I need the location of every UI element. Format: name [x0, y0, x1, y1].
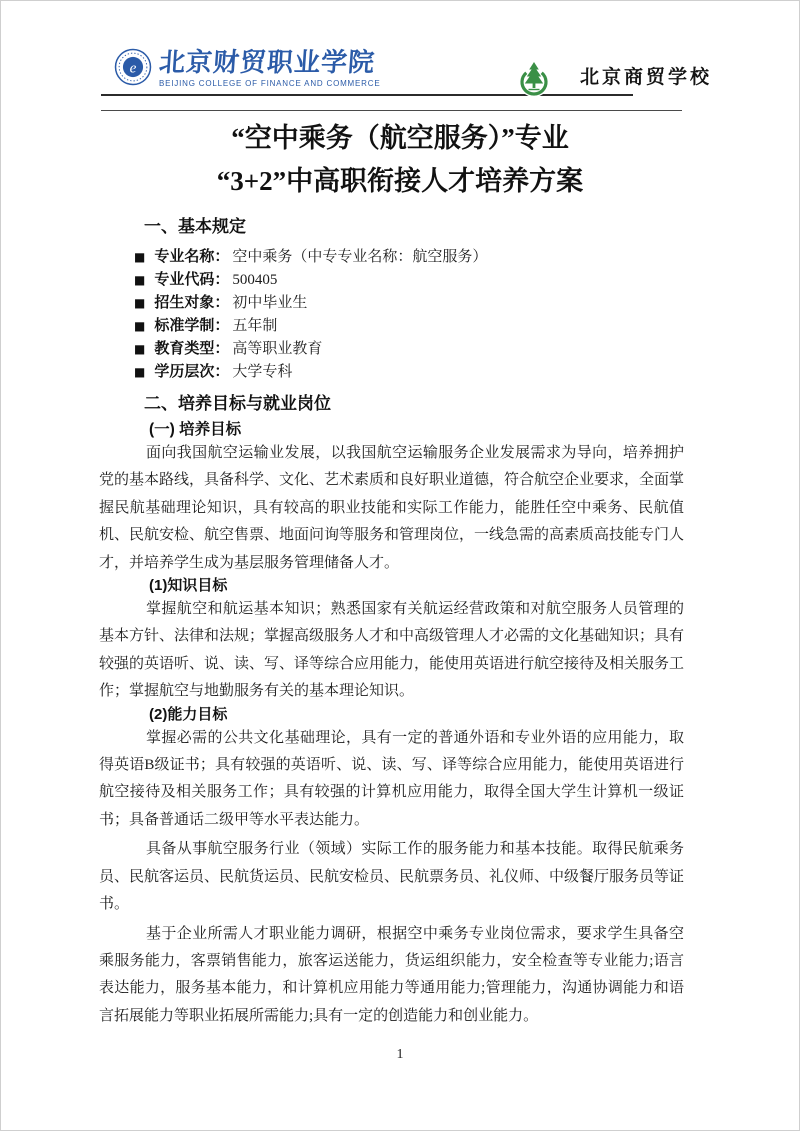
item-label: 学历层次： — [154, 364, 229, 380]
paragraph-knowledge-goals: 掌握航空和航运基本知识；熟悉国家有关航运经营政策和对航空服务人员管理的基本方针、… — [99, 596, 684, 706]
list-item: ■ 标准学制： 五年制 — [134, 318, 684, 334]
paragraph-ability-goals-3: 基于企业所需人才职业能力调研，根据空中乘务专业岗位需求，要求学生具备空乘服务能力… — [99, 921, 684, 1031]
square-bullet-icon: ■ — [134, 272, 145, 288]
item-label: 教育类型： — [154, 341, 229, 357]
college-name-en: BEIJING COLLEGE OF FINANCE AND COMMERCE — [159, 79, 380, 88]
school-emblem-icon — [516, 59, 552, 99]
item-value: 大学专科 — [232, 364, 292, 380]
square-bullet-icon: ■ — [134, 364, 145, 380]
square-bullet-icon: ■ — [134, 318, 145, 334]
square-bullet-icon: ■ — [134, 295, 145, 311]
subsection-heading-training-goal: (一) 培养目标 — [149, 421, 684, 438]
list-item: ■ 专业名称： 空中乘务（中专专业名称：航空服务） — [134, 249, 684, 265]
item-label: 专业代码： — [154, 272, 229, 288]
item-label: 标准学制： — [154, 318, 229, 334]
basic-info-list: ■ 专业名称： 空中乘务（中专专业名称：航空服务） ■ 专业代码： 500405… — [99, 249, 684, 380]
heading-ability-goals: (2)能力目标 — [149, 706, 684, 723]
square-bullet-icon: ■ — [134, 341, 145, 357]
document-page: e 北京财贸职业学院 BEIJING COLLEGE OF FINANCE AN… — [0, 0, 800, 1131]
paragraph-ability-goals-1: 掌握必需的公共文化基础理论，具有一定的普通外语和专业外语的应用能力，取得英语B级… — [99, 725, 684, 835]
item-label: 专业名称： — [154, 249, 229, 265]
section-heading-training-goals: 二、培养目标与就业岗位 — [144, 394, 684, 414]
list-item: ■ 教育类型： 高等职业教育 — [134, 341, 684, 357]
item-value: 五年制 — [232, 318, 277, 334]
list-item: ■ 专业代码： 500405 — [134, 272, 684, 288]
item-label: 招生对象： — [154, 295, 229, 311]
square-bullet-icon: ■ — [134, 249, 145, 265]
page-number: 1 — [1, 1047, 799, 1063]
header-rule-primary — [101, 94, 633, 96]
list-item: ■ 招生对象： 初中毕业生 — [134, 295, 684, 311]
college-logo: e 北京财贸职业学院 BEIJING COLLEGE OF FINANCE AN… — [114, 48, 380, 88]
school-name: 北京商贸学校 — [580, 67, 712, 89]
paragraph-training-overview: 面向我国航空运输业发展，以我国航空运输服务企业发展需求为导向，培养拥护党的基本路… — [99, 440, 684, 577]
document-title-line1: “空中乘务（航空服务）”专业 — [1, 123, 799, 154]
document-title-line2: “3+2”中高职衔接人才培养方案 — [1, 166, 799, 197]
section-heading-basic-rules: 一、基本规定 — [144, 217, 684, 237]
item-value: 空中乘务（中专专业名称：航空服务） — [232, 249, 487, 265]
college-emblem-icon: e — [114, 48, 152, 86]
item-value: 初中毕业生 — [232, 295, 307, 311]
college-name-cn: 北京财贸职业学院 — [158, 48, 382, 78]
list-item: ■ 学历层次： 大学专科 — [134, 364, 684, 380]
paragraph-ability-goals-2: 具备从事航空服务行业（领域）实际工作的服务能力和基本技能。取得民航乘务员、民航客… — [99, 836, 684, 918]
svg-text:e: e — [130, 59, 137, 76]
document-body: 一、基本规定 ■ 专业名称： 空中乘务（中专专业名称：航空服务） ■ 专业代码：… — [99, 217, 684, 1030]
heading-knowledge-goals: (1)知识目标 — [149, 577, 684, 594]
document-title: “空中乘务（航空服务）”专业 “3+2”中高职衔接人才培养方案 — [1, 123, 799, 197]
item-value: 500405 — [232, 272, 277, 288]
item-value: 高等职业教育 — [232, 341, 322, 357]
header-rule-secondary — [101, 110, 682, 111]
